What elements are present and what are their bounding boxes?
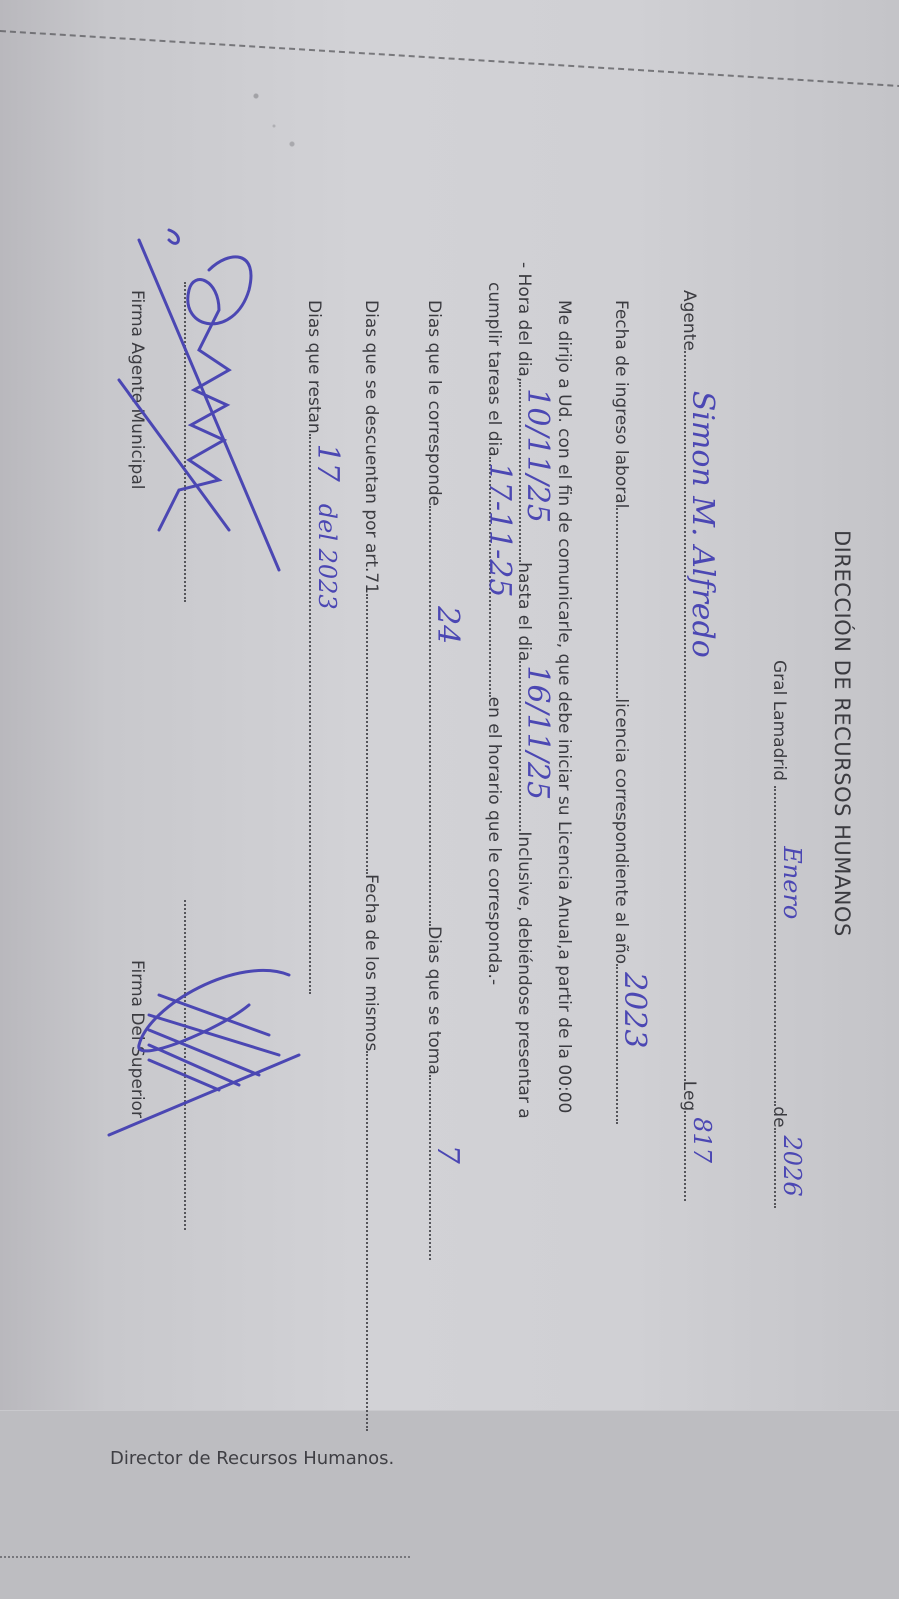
cumplir-value: 17-11-25 xyxy=(482,463,517,598)
month-value: Enero xyxy=(778,846,806,919)
director-label: Director de Recursos Humanos. xyxy=(110,1448,394,1469)
leave-form: DIRECCIÓN DE RECURSOS HUMANOS Gral Lamad… xyxy=(39,0,899,1400)
month-field[interactable]: Enero xyxy=(774,786,780,1106)
licencia-year-field[interactable]: 2023 xyxy=(616,964,622,1124)
toma-value: 7 xyxy=(430,1145,465,1164)
toma-label: Dias que se toma xyxy=(424,926,444,1075)
descuentan-line: Dias que se descuentan por art.71Fecha d… xyxy=(361,300,381,1431)
licencia-year-value: 2023 xyxy=(617,972,652,1048)
bottom-dotted-line xyxy=(0,1556,410,1558)
year-field[interactable]: 2026 xyxy=(774,1128,780,1208)
leg-label: Leg xyxy=(679,1081,699,1111)
ingreso-line: Fecha de ingreso laborallicencia corresp… xyxy=(611,300,631,1124)
lower-sheet xyxy=(0,1410,899,1599)
cumplir-label: cumplir tareas el dia xyxy=(484,282,504,457)
place-label: Gral Lamadrid xyxy=(769,660,789,781)
intro-text: Me dirijo a Ud. con el fin de comunicarl… xyxy=(554,300,574,1113)
corresponde-label: Dias que le corresponde xyxy=(424,300,444,506)
agent-signature-ink xyxy=(85,230,289,590)
agent-name-value: Simon M. Alfredo xyxy=(685,391,720,658)
dates-line: - Hora del dia,10/11/25hasta el dia16/11… xyxy=(514,262,534,1119)
corresponde-field[interactable]: 24 xyxy=(429,506,435,926)
inclusive-text: Inclusive, debiéndose presentar a xyxy=(514,831,534,1118)
header-year-value: 2026 xyxy=(778,1136,806,1197)
fecha-mismos-label: Fecha de los mismos xyxy=(361,874,381,1051)
ingreso-label: Fecha de ingreso laboral xyxy=(611,300,631,508)
hasta-field[interactable]: 16/11/25 xyxy=(519,661,525,831)
dash-mark: - xyxy=(514,262,534,274)
hasta-label: hasta el dia xyxy=(514,562,534,661)
cumplir-field[interactable]: 17-11-25 xyxy=(489,457,495,697)
restan-note: del 2023 xyxy=(313,504,341,610)
leg-value: 817 xyxy=(688,1117,716,1163)
licencia-label: licencia correspondiente al año xyxy=(611,698,631,964)
restan-line: Dias que restan17del 2023 xyxy=(304,300,324,994)
desde-value: 10/11/25 xyxy=(520,388,555,523)
descuentan-label: Dias que se descuentan por art.71 xyxy=(361,300,381,594)
agent-line: AgenteSimon M. AlfredoLeg817 xyxy=(679,290,699,1201)
superior-signature-ink xyxy=(95,935,299,1155)
desde-field[interactable]: 10/11/25 xyxy=(519,382,525,562)
hasta-value: 16/11/25 xyxy=(520,665,555,800)
toma-field[interactable]: 7 xyxy=(429,1075,435,1260)
dias-corresponde-line: Dias que le corresponde24Dias que se tom… xyxy=(424,300,444,1260)
fecha-mismos-field[interactable] xyxy=(366,1051,372,1431)
agent-label: Agente xyxy=(679,290,699,351)
descuentan-field[interactable] xyxy=(366,594,372,874)
leg-field[interactable]: 817 xyxy=(684,1111,690,1201)
header-place-line: Gral Lamadrid Enerode2026 xyxy=(769,660,789,1208)
restan-value: 17 xyxy=(310,444,345,482)
ingreso-field[interactable] xyxy=(616,508,622,698)
cumplir-line: cumplir tareas el dia17-11-25en el horar… xyxy=(484,282,504,985)
page-title: DIRECCIÓN DE RECURSOS HUMANOS xyxy=(830,530,854,937)
horario-text: en el horario que le corresponda.- xyxy=(484,697,504,985)
restan-field[interactable]: 17del 2023 xyxy=(309,434,315,994)
restan-label: Dias que restan xyxy=(304,300,324,434)
agent-name-field[interactable]: Simon M. Alfredo xyxy=(684,351,690,1081)
de-label: de xyxy=(769,1106,789,1127)
corresponde-value: 24 xyxy=(430,606,465,644)
hora-label: Hora del dia, xyxy=(514,274,534,383)
